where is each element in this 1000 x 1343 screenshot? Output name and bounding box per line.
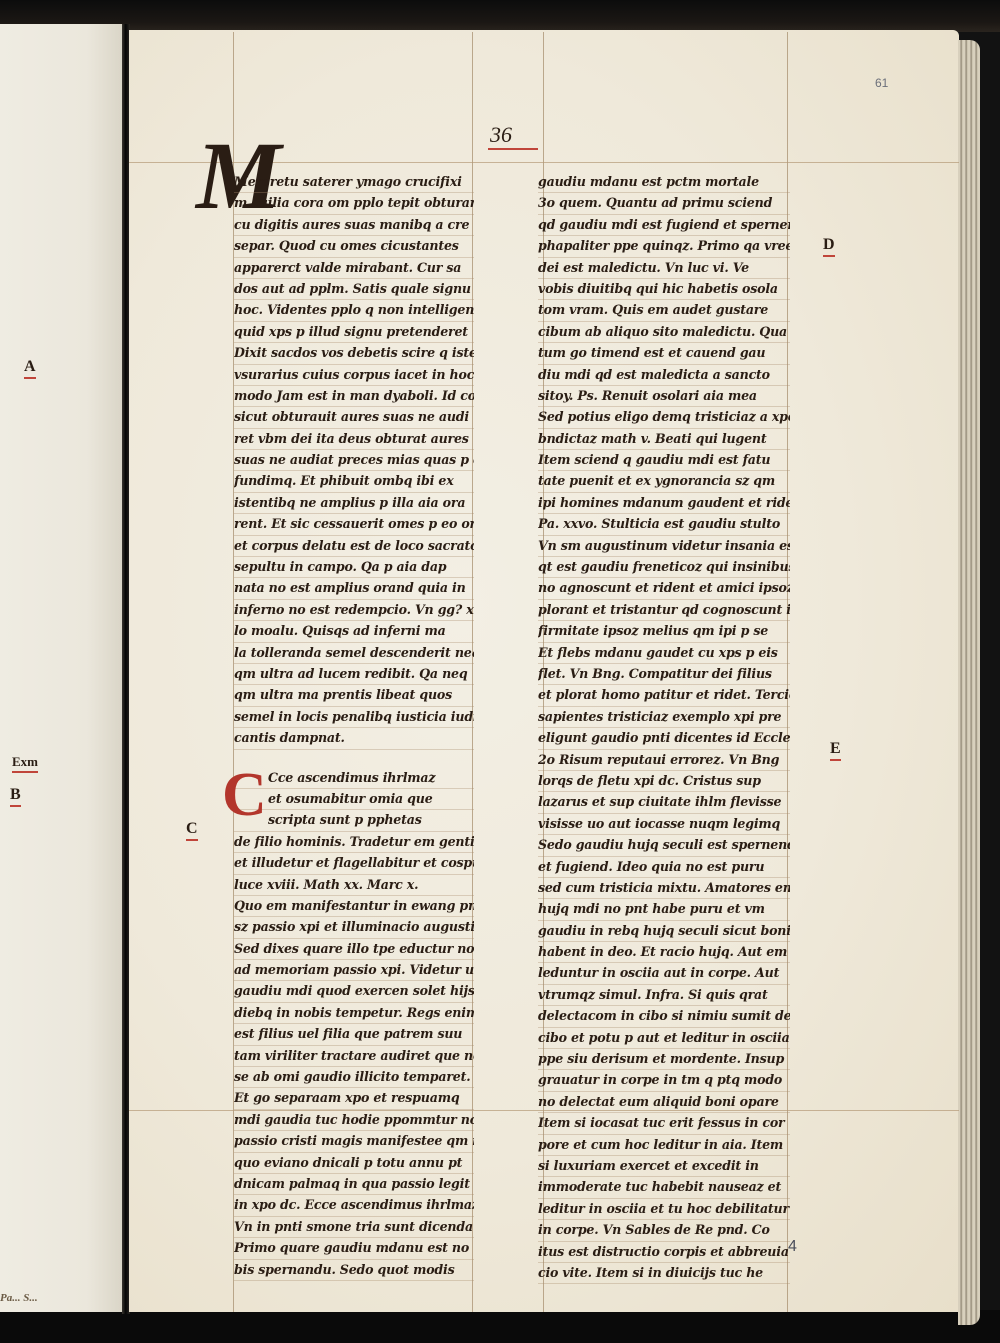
manuscript-line: sz passio xpi et illuminacio augustinei — [234, 917, 474, 938]
manuscript-line: Sed dixes quare illo tpe eductur nobs — [234, 939, 474, 960]
manuscript-line: gaudiu mdanu est pctm mortale — [538, 172, 790, 193]
manuscript-line: itus est distructio corpis et abbreuia — [538, 1242, 790, 1263]
manuscript-line: cibo et potu p aut et leditur in osciia — [538, 1028, 790, 1049]
left-column-section-lines: Cce ascendimus ihrlmazet osumabitur omia… — [234, 768, 474, 1281]
manuscript-line: lorqs de fletu xpi dc. Cristus sup — [538, 771, 790, 792]
manuscript-line: gaudiu in rebq hujq seculi sicut boni — [538, 921, 790, 942]
manuscript-line: Et go separaam xpo et respuamq — [234, 1088, 474, 1109]
manuscript-line: no agnoscunt et rident et amici ipsoz — [538, 578, 790, 599]
marginal-mark-d: D — [823, 236, 835, 257]
manuscript-line: delectacom in cibo si nimiu sumit de — [538, 1006, 790, 1027]
manuscript-line: phapaliter ppe quinqz. Primo qa vree — [538, 236, 790, 257]
manuscript-line: lo moalu. Quisqs ad inferni ma — [234, 621, 474, 642]
marginal-mark-exm: Exm — [12, 754, 38, 773]
manuscript-line: suas ne audiat preces mias quas p eo — [234, 450, 474, 471]
manuscript-line: sapientes tristiciaz exemplo xpi pre — [538, 707, 790, 728]
running-header-numeral: 36 — [490, 122, 512, 148]
manuscript-line: et fugiend. Ideo quia no est puru — [538, 857, 790, 878]
left-column-lines: Mereretu saterer ymago crucifixim cuilia… — [234, 172, 474, 750]
manuscript-line: diu mdi qd est maledicta a sancto — [538, 365, 790, 386]
manuscript-line: no delectat eum aliquid boni opare — [538, 1092, 790, 1113]
manuscript-line: rent. Et sic cessauerit omes p eo orare — [234, 514, 474, 535]
page-block-edges — [958, 40, 980, 1325]
manuscript-line: inferno no est redempcio. Vn gg? xg? — [234, 600, 474, 621]
manuscript-line: ppe siu derisum et mordente. Insup — [538, 1049, 790, 1070]
manuscript-line: plorant et tristantur qd cognoscunt in — [538, 600, 790, 621]
manuscript-line: Et flebs mdanu gaudet cu xps p eis — [538, 643, 790, 664]
manuscript-line: vobis diuitibq qui hic habetis osola — [538, 279, 790, 300]
manuscript-line: se ab omi gaudio illicito temparet. — [234, 1067, 474, 1088]
manuscript-line: tom vram. Quis em audet gustare — [538, 300, 790, 321]
manuscript-line: ret vbm dei ita deus obturat aures — [234, 429, 474, 450]
manuscript-line: habent in deo. Et racio hujq. Aut em — [538, 942, 790, 963]
text-column-right: gaudiu mdanu est pctm mortale3o quem. Qu… — [538, 172, 790, 1284]
manuscript-line: immoderate tuc habebit nauseaz et — [538, 1177, 790, 1198]
marginal-mark-b: B — [10, 786, 21, 807]
manuscript-line: Sed potius eligo demq tristiciaz a xpo — [538, 407, 790, 428]
manuscript-line: 2o Risum reputaui errorez. Vn Bng — [538, 750, 790, 771]
manuscript-line: sed cum tristicia mixtu. Amatores em — [538, 878, 790, 899]
manuscript-line: fundimq. Et phibuit ombq ibi ex — [234, 471, 474, 492]
rubricated-initial-e: C — [222, 764, 267, 826]
manuscript-line: qt est gaudiu freneticoz qui insinibus — [538, 557, 790, 578]
manuscript-line: et plorat homo patitur et ridet. Tercio — [538, 685, 790, 706]
manuscript-line: vtrumqz simul. Infra. Si quis qrat — [538, 985, 790, 1006]
manuscript-line: la tolleranda semel descenderit neq — [234, 643, 474, 664]
manuscript-line: Item sciend q gaudiu mdi est fatu — [538, 450, 790, 471]
manuscript-line: Vn in pnti smone tria sunt dicenda — [234, 1217, 474, 1238]
manuscript-line: lazarus et sup ciuitate ihlm flevisse — [538, 792, 790, 813]
scanner-background-top — [0, 0, 1000, 32]
manuscript-line: qm ultra ma prentis libeat quos — [234, 685, 474, 706]
manuscript-line: passio cristi magis manifestee qm in ali — [234, 1131, 474, 1152]
manuscript-line: Sedo gaudiu hujq seculi est spernend — [538, 835, 790, 856]
manuscript-line: Item si iocasat tuc erit fessus in cor — [538, 1113, 790, 1134]
manuscript-line: leditur in osciia et tu hoc debilitatur — [538, 1199, 790, 1220]
verso-page-edge: A Exm B Pa... S... — [0, 24, 124, 1312]
manuscript-line: Quo em manifestantur in ewang pnti — [234, 896, 474, 917]
manuscript-line: separ. Quod cu omes cicustantes — [234, 236, 474, 257]
manuscript-line: quo eviano dnicali p totu annu pt — [234, 1153, 474, 1174]
manuscript-line: firmitate ipsoz melius qm ipi p se — [538, 621, 790, 642]
manuscript-line: tam viriliter tractare audiret que no — [234, 1046, 474, 1067]
manuscript-line: Vn sm augustinum videtur insania esse — [538, 536, 790, 557]
manuscript-line: nata no est amplius orand quia in — [234, 578, 474, 599]
manuscript-line: Mereretu saterer ymago crucifixi — [234, 172, 474, 193]
manuscript-line: et corpus delatu est de loco sacrato et — [234, 536, 474, 557]
manuscript-line: et illudetur et flagellabitur et cospuet — [234, 853, 474, 874]
manuscript-line: bndictaz math v. Beati qui lugent — [538, 429, 790, 450]
manuscript-line: mdi gaudia tuc hodie ppommtur nobis — [234, 1110, 474, 1131]
manuscript-line: si luxuriam exercet et excedit in — [538, 1156, 790, 1177]
manuscript-line: luce xviii. Math xx. Marc x. — [234, 875, 474, 896]
manuscript-line: bis spernandu. Sedo quot modis — [234, 1260, 474, 1281]
manuscript-line: tate puenit et ex ygnorancia sz qm — [538, 471, 790, 492]
manuscript-line: tum go timend est et cauend gau — [538, 343, 790, 364]
manuscript-line: gaudiu mdi quod exercen solet hijs — [234, 981, 474, 1002]
manuscript-line: flet. Vn Bng. Compatitur dei filius — [538, 664, 790, 685]
manuscript-line: sicut obturauit aures suas ne audi — [234, 407, 474, 428]
folio-number: 61 — [875, 76, 888, 90]
manuscript-line: diebq in nobis tempetur. Regs enim — [234, 1003, 474, 1024]
manuscript-line: dos aut ad pplm. Satis quale signu — [234, 279, 474, 300]
manuscript-line: dnicam palmaq in qua passio legit — [234, 1174, 474, 1195]
manuscript-line: Primo quare gaudiu mdanu est no — [234, 1238, 474, 1259]
manuscript-line: cibum ab aliquo sito maledictu. Qua — [538, 322, 790, 343]
manuscript-line: de filio hominis. Tradetur em gentibq — [234, 832, 474, 853]
manuscript-line: et osumabitur omia que — [234, 789, 474, 810]
manuscript-line: in corpe. Vn Sables de Re pnd. Co — [538, 1220, 790, 1241]
manuscript-line: in xpo dc. Ecce ascendimus ihrlmaz — [234, 1195, 474, 1216]
manuscript-line: est filius uel filia que patrem suu — [234, 1024, 474, 1045]
manuscript-line: eligunt gaudio pnti dicentes id Eccles — [538, 728, 790, 749]
manuscript-line: Cce ascendimus ihrlmaz — [234, 768, 474, 789]
manuscript-line: grauatur in corpe in tm q ptq modo — [538, 1070, 790, 1091]
manuscript-line: modo Jam est in man dyaboli. Id co — [234, 386, 474, 407]
manuscript-line: 3o quem. Quantu ad primu sciend — [538, 193, 790, 214]
manuscript-line: ad memoriam passio xpi. Videtur ut — [234, 960, 474, 981]
manuscript-line: cio vite. Item si in diuicijs tuc he — [538, 1263, 790, 1284]
manuscript-line: istentibq ne amplius p illa aia ora — [234, 493, 474, 514]
manuscript-line: sepultu in campo. Qa p aia dap — [234, 557, 474, 578]
manuscript-line: scripta sunt p pphetas — [234, 810, 474, 831]
manuscript-line: sitoy. Ps. Renuit osolari aia mea — [538, 386, 790, 407]
manuscript-line: vsurarius cuius corpus iacet in hoc fere… — [234, 365, 474, 386]
manuscript-line: hujq mdi no pnt habe puru et vm — [538, 899, 790, 920]
right-column-lines: gaudiu mdanu est pctm mortale3o quem. Qu… — [538, 172, 790, 1284]
manuscript-line: visisse uo aut iocasse nuqm legimq — [538, 814, 790, 835]
manuscript-line: semel in locis penalibq iusticia iudi — [234, 707, 474, 728]
marginal-mark-c: C — [186, 820, 198, 841]
manuscript-line: pore et cum hoc leditur in aia. Item — [538, 1135, 790, 1156]
manuscript-line: ipi homines mdanum gaudent et rident — [538, 493, 790, 514]
manuscript-line: qm ultra ad lucem redibit. Qa neq — [234, 664, 474, 685]
manuscript-line: cantis dampnat. — [234, 728, 474, 749]
manuscript-line: Pa. xxvo. Stulticia est gaudiu stulto — [538, 514, 790, 535]
text-column-left: Mereretu saterer ymago crucifixim cuilia… — [234, 172, 474, 1281]
scanner-background-bottom — [0, 1310, 1000, 1343]
manuscript-line: apparerct valde mirabant. Cur sa — [234, 258, 474, 279]
manuscript-line: dei est maledictu. Vn luc vi. Ve — [538, 258, 790, 279]
manuscript-line: qd gaudiu mdi est fugiend et spernend — [538, 215, 790, 236]
marginal-mark-a: A — [24, 358, 36, 379]
manuscript-line: cu digitis aures suas manibq a cre — [234, 215, 474, 236]
verso-bottom-fragment: Pa... S... — [0, 1292, 38, 1304]
manuscript-line: hoc. Videntes pplo q non intelligent — [234, 300, 474, 321]
manuscript-line: quid xps p illud signu pretenderet — [234, 322, 474, 343]
manuscript-line: m cuilia cora om pplo tepit obturare — [234, 193, 474, 214]
marginal-mark-e: E — [830, 740, 841, 761]
manuscript-line: Dixit sacdos vos debetis scire q iste — [234, 343, 474, 364]
manuscript-line: leduntur in osciia aut in corpe. Aut — [538, 963, 790, 984]
